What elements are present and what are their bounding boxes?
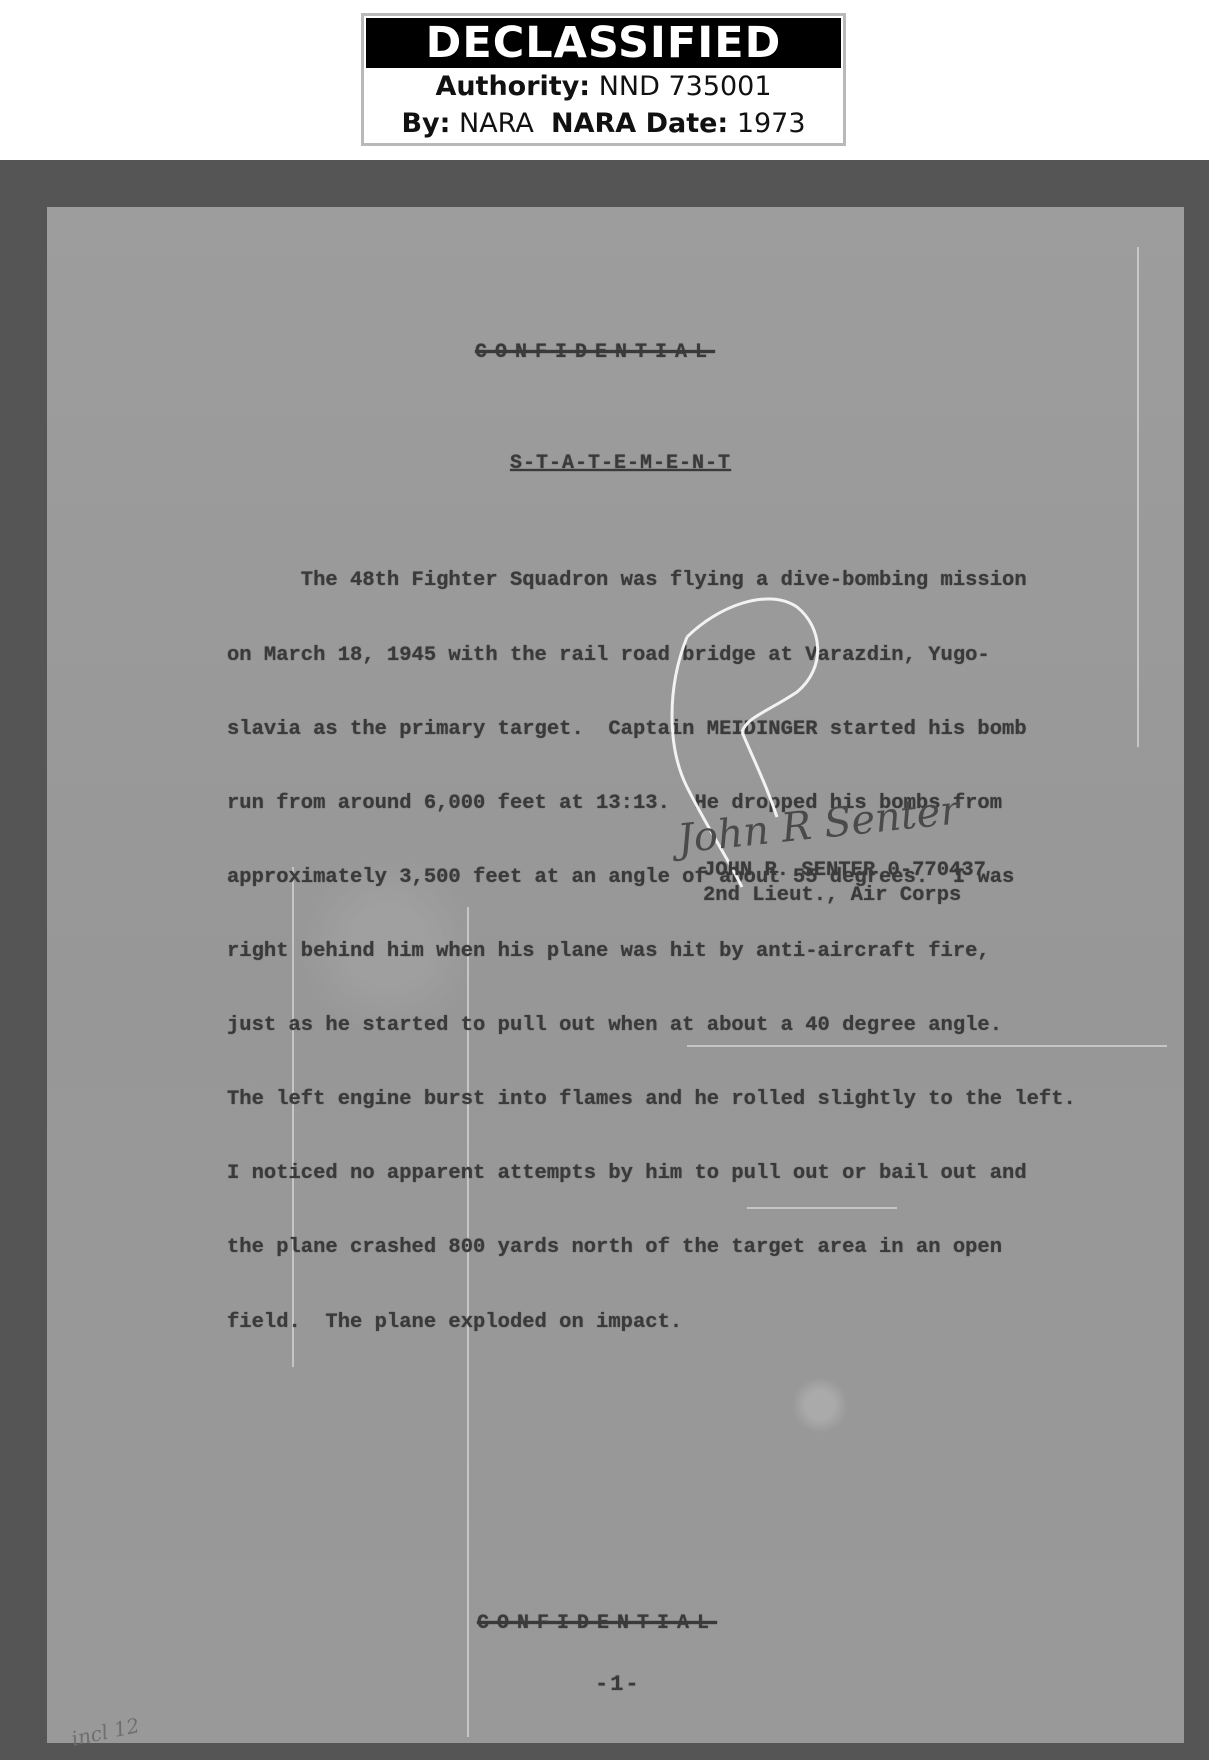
classification-bottom: CONFIDENTIAL bbox=[477, 1612, 717, 1635]
scratch-line bbox=[1137, 247, 1139, 747]
signer-rank: 2nd Lieut., Air Corps bbox=[703, 884, 961, 907]
classification-top: CONFIDENTIAL bbox=[475, 341, 715, 364]
stamp-by-date: By: NARA NARA Date: 1973 bbox=[364, 105, 843, 142]
body-line: right behind him when his plane was hit … bbox=[227, 940, 1127, 965]
date-label: NARA Date: bbox=[551, 108, 728, 139]
statement-title: S-T-A-T-E-M-E-N-T bbox=[510, 452, 731, 475]
body-line: field. The plane exploded on impact. bbox=[227, 1311, 1127, 1336]
date-value: 1973 bbox=[737, 108, 806, 139]
margin-note: incl 12 bbox=[69, 1713, 141, 1751]
paper-sheet: CONFIDENTIAL S-T-A-T-E-M-E-N-T The 48th … bbox=[47, 207, 1184, 1743]
by-value: NARA bbox=[459, 108, 534, 139]
stamp-title: DECLASSIFIED bbox=[366, 18, 841, 68]
page-number: -1- bbox=[595, 1672, 641, 1697]
body-line: I noticed no apparent attempts by him to… bbox=[227, 1162, 1127, 1187]
body-line: the plane crashed 800 yards north of the… bbox=[227, 1236, 1127, 1261]
authority-value: NND 735001 bbox=[599, 71, 772, 102]
signer-name: JOHN R. SENTER 0-770437 bbox=[703, 859, 986, 882]
scanned-page: CONFIDENTIAL S-T-A-T-E-M-E-N-T The 48th … bbox=[0, 160, 1209, 1760]
declassified-stamp: DECLASSIFIED Authority: NND 735001 By: N… bbox=[361, 13, 846, 146]
authority-label: Authority: bbox=[435, 71, 590, 102]
body-line: The left engine burst into flames and he… bbox=[227, 1088, 1127, 1113]
by-label: By: bbox=[401, 108, 450, 139]
stamp-authority: Authority: NND 735001 bbox=[364, 68, 843, 105]
body-line: just as he started to pull out when at a… bbox=[227, 1014, 1127, 1039]
